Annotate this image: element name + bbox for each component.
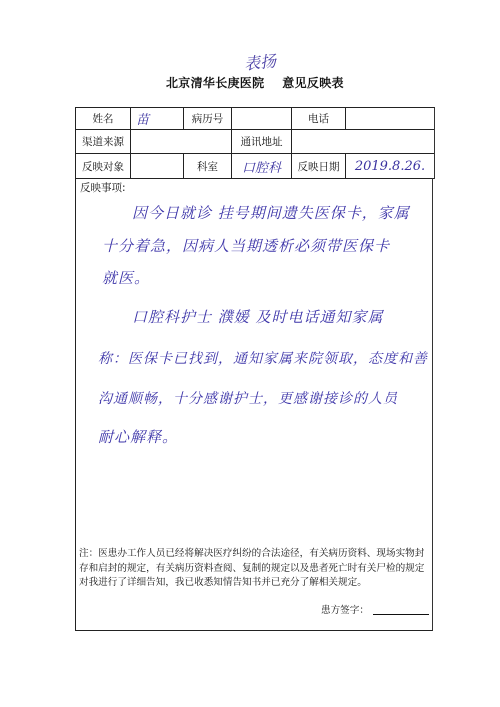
department-value: 口腔科 (242, 157, 281, 176)
channel-label: 渠道来源 (76, 130, 131, 154)
date-label: 反映日期 (292, 154, 346, 179)
address-field[interactable] (292, 130, 434, 154)
feedback-line: 十分着急，因病人当期透析必须带医保卡 (102, 235, 390, 256)
info-table: 姓名 苗 病历号 电话 渠道来源 通讯地址 反映对象 科室 口腔科 反映日期 2… (75, 107, 435, 179)
feedback-line: 称：医保卡已找到，通知家属来院领取，态度和善 (98, 348, 428, 368)
address-label: 通讯地址 (232, 130, 292, 154)
department-label: 科室 (184, 154, 232, 179)
document-title: 北京清华长庚医院 意见反映表 (166, 74, 344, 91)
disclosure-note: 注：医患办工作人员已经将解决医疗纠纷的合法途径，有关病历资料、现场实物封存和启封… (79, 547, 431, 591)
record-number-field[interactable] (232, 108, 292, 130)
handwritten-praise-mark: 表扬 (243, 48, 277, 74)
feedback-line: 就医。 (102, 267, 150, 288)
phone-label: 电话 (292, 108, 346, 130)
name-value: 苗 (136, 109, 149, 128)
name-field[interactable]: 苗 (131, 108, 184, 130)
date-field[interactable]: 2019.8.26. (346, 154, 434, 179)
phone-field[interactable] (346, 108, 434, 130)
target-field[interactable] (131, 154, 184, 179)
signature-label: 患方签字： (321, 602, 369, 616)
feedback-label: 反映事项: (80, 180, 126, 195)
name-label: 姓名 (76, 108, 131, 130)
target-label: 反映对象 (76, 154, 131, 179)
feedback-box: 反映事项: 因今日就诊 挂号期间遗失医保卡，家属 十分着急，因病人当期透析必须带… (75, 178, 433, 631)
feedback-line: 沟通顺畅，十分感谢护士，更感谢接诊的人员 (98, 388, 398, 408)
signature-field[interactable] (373, 614, 429, 615)
record-number-label: 病历号 (184, 108, 232, 130)
feedback-line: 耐心解释。 (98, 426, 178, 447)
date-value: 2019.8.26. (355, 159, 425, 174)
feedback-line: 因今日就诊 挂号期间遗失医保卡，家属 (132, 202, 410, 223)
channel-field[interactable] (131, 130, 232, 154)
department-field[interactable]: 口腔科 (232, 154, 292, 179)
feedback-line: 口腔科护士 濮媛 及时电话通知家属 (132, 306, 384, 327)
